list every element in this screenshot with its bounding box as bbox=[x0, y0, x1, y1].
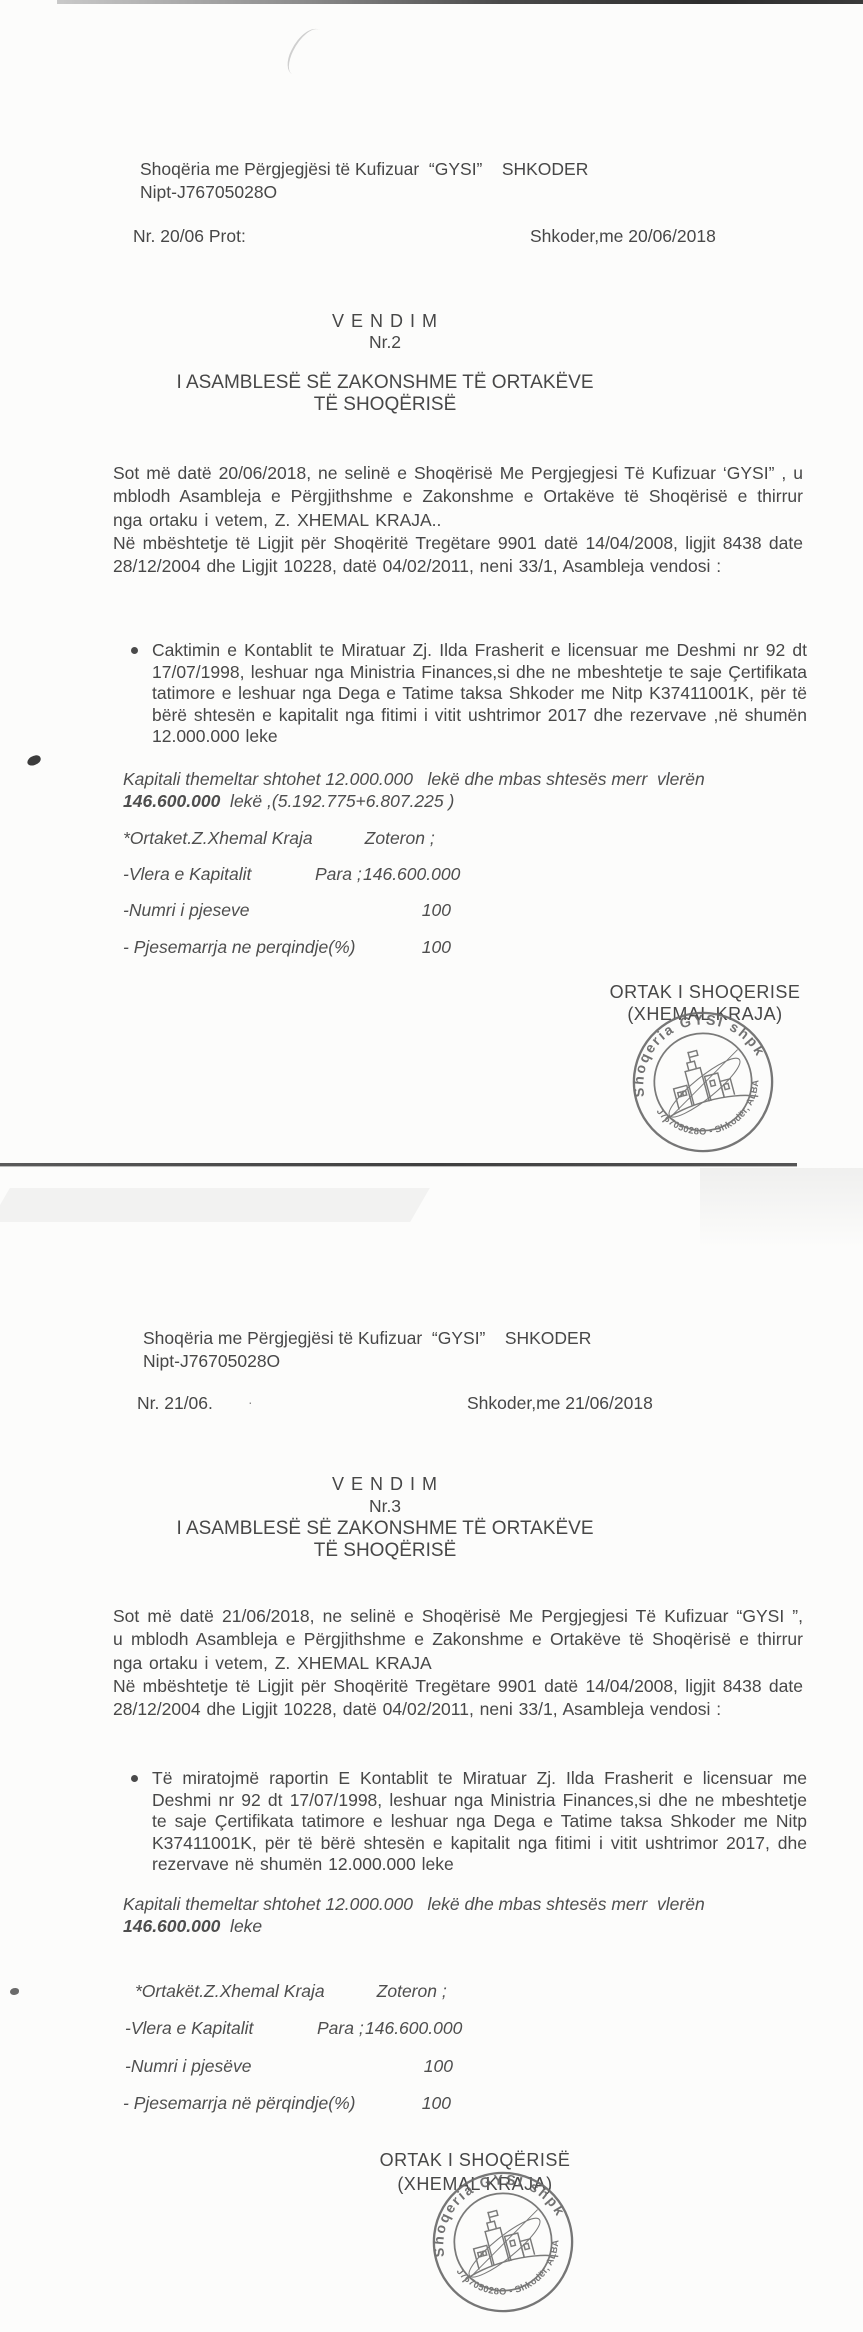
assembly-heading-line1: I ASAMBLESË SË ZAKONSHME TË ORTAKËVE bbox=[40, 1518, 730, 1540]
protocol-number: Nr. 20/06 Prot: bbox=[133, 225, 246, 247]
participation-percent-row: - Pjesemarrja në përqindje(%) 100 bbox=[123, 2093, 543, 2123]
capital-value-row: -Vlera e Kapitalit Para ; 146.600.000 bbox=[125, 2018, 545, 2048]
assembly-heading-line2: TË SHOQËRISË bbox=[40, 394, 730, 416]
intro-paragraph: Sot më datë 20/06/2018, ne selinë e Shoq… bbox=[113, 462, 803, 532]
row-value: 146.600.000 bbox=[363, 864, 451, 885]
ink-speck-artifact bbox=[26, 754, 42, 767]
shares-count-row: -Numri i pjeseve 100 bbox=[123, 900, 543, 930]
capital-value-detail: leke bbox=[220, 1916, 262, 1936]
decision-title: V E N D I M bbox=[40, 311, 730, 332]
owner-line: *Ortakët.Z.Xhemal KrajaZoteron ; bbox=[135, 1980, 447, 2002]
decision-title: V E N D I M bbox=[40, 1474, 730, 1495]
owner-name: *Ortakët.Z.Xhemal Kraja bbox=[135, 1981, 325, 2001]
scan-top-border-artifact bbox=[57, 0, 863, 4]
decision-number: Nr.2 bbox=[40, 332, 730, 353]
owner-verb: Zoteron ; bbox=[365, 828, 435, 848]
assembly-heading-line2: TË SHOQËRISË bbox=[40, 1540, 730, 1562]
assembly-heading-line1: I ASAMBLESË SË ZAKONSHME TË ORTAKËVE bbox=[40, 372, 730, 394]
capital-increase-line1: Kapitali themeltar shtohet 12.000.000 le… bbox=[123, 1893, 705, 1915]
company-nipt-line: Nipt-J76705028O bbox=[143, 1350, 280, 1372]
row-label: - Pjesemarrja në përqindje(%) bbox=[123, 2093, 355, 2114]
row-label: -Numri i pjesëve bbox=[125, 2056, 251, 2077]
pencil-mark-artifact bbox=[282, 22, 330, 81]
row-mid-label: Para ; bbox=[317, 2018, 364, 2039]
row-label: -Vlera e Kapitalit bbox=[125, 2018, 253, 2039]
row-label: -Numri i pjeseve bbox=[123, 900, 249, 921]
row-value: 100 bbox=[363, 2093, 451, 2114]
owner-line: *Ortaket.Z.Xhemal KrajaZoteron ; bbox=[123, 827, 435, 849]
decision-number: Nr.3 bbox=[40, 1496, 730, 1517]
participation-percent-row: - Pjesemarrja ne perqindje(%) 100 bbox=[123, 937, 543, 967]
capital-total-value: 146.600.000 bbox=[123, 791, 220, 811]
bullet-icon bbox=[131, 647, 138, 654]
place-date: Shkoder,me 20/06/2018 bbox=[530, 225, 716, 247]
legal-paragraph: Në mbështetje të Ligjit për Shoqëritë Tr… bbox=[113, 532, 803, 579]
row-value: 100 bbox=[363, 900, 451, 921]
scan-shadow-artifact bbox=[0, 1188, 430, 1222]
place-date: Shkoder,me 21/06/2018 bbox=[467, 1392, 653, 1414]
capital-value-detail: lekë ,(5.192.775+6.807.225 ) bbox=[220, 791, 454, 811]
shares-count-row: -Numri i pjesëve 100 bbox=[125, 2056, 545, 2086]
stray-dot-artifact: · bbox=[248, 1394, 253, 1410]
bullet-text: Të miratojmë raportin E Kontablit te Mir… bbox=[152, 1768, 807, 1874]
ink-speck-artifact bbox=[10, 1988, 19, 1995]
signature-title: ORTAK I SHOQËRISË bbox=[340, 2150, 610, 2171]
row-label: -Vlera e Kapitalit bbox=[123, 864, 251, 885]
decision-bullet-item: Të miratojmë raportin E Kontablit te Mir… bbox=[152, 1768, 807, 1876]
company-name-line: Shoqëria me Përgjegjësi të Kufizuar “GYS… bbox=[140, 158, 588, 180]
row-value: 146.600.000 bbox=[365, 2018, 453, 2039]
row-mid-label: Para ; bbox=[315, 864, 362, 885]
capital-increase-line2: 146.600.000 leke bbox=[123, 1915, 262, 1937]
owner-verb: Zoteron ; bbox=[377, 1981, 447, 2001]
page-separator-line bbox=[0, 1163, 797, 1166]
decision-bullet-item: Caktimin e Kontablit te Miratuar Zj. Ild… bbox=[152, 640, 807, 748]
row-label: - Pjesemarrja ne perqindje(%) bbox=[123, 937, 355, 958]
row-value: 100 bbox=[363, 937, 451, 958]
row-value: 100 bbox=[365, 2056, 453, 2077]
protocol-number: Nr. 21/06. bbox=[137, 1392, 213, 1414]
bullet-text: Caktimin e Kontablit te Miratuar Zj. Ild… bbox=[152, 640, 807, 746]
stamp-top-text: Shoqeria GYSI shpk bbox=[414, 2155, 572, 2260]
capital-value-row: -Vlera e Kapitalit Para ; 146.600.000 bbox=[123, 864, 543, 894]
legal-paragraph: Në mbështetje të Ligjit për Shoqëritë Tr… bbox=[113, 1675, 803, 1722]
intro-paragraph: Sot më datë 21/06/2018, ne selinë e Shoq… bbox=[113, 1605, 803, 1675]
owner-name: *Ortaket.Z.Xhemal Kraja bbox=[123, 828, 313, 848]
capital-increase-line2: 146.600.000 lekë ,(5.192.775+6.807.225 ) bbox=[123, 790, 454, 812]
scan-shadow-artifact bbox=[700, 1168, 863, 1248]
capital-increase-line1: Kapitali themeltar shtohet 12.000.000 le… bbox=[123, 768, 705, 790]
capital-total-value: 146.600.000 bbox=[123, 1916, 220, 1936]
scanned-document: Shoqëria me Përgjegjësi të Kufizuar “GYS… bbox=[0, 0, 863, 2332]
signature-title: ORTAK I SHOQERISE bbox=[590, 982, 820, 1003]
bullet-icon bbox=[131, 1775, 138, 1782]
company-name-line: Shoqëria me Përgjegjësi të Kufizuar “GYS… bbox=[143, 1327, 591, 1349]
svg-text:Shoqeria GYSI shpk: Shoqeria GYSI shpk bbox=[414, 2155, 572, 2260]
company-nipt-line: Nipt-J76705028O bbox=[140, 181, 277, 203]
